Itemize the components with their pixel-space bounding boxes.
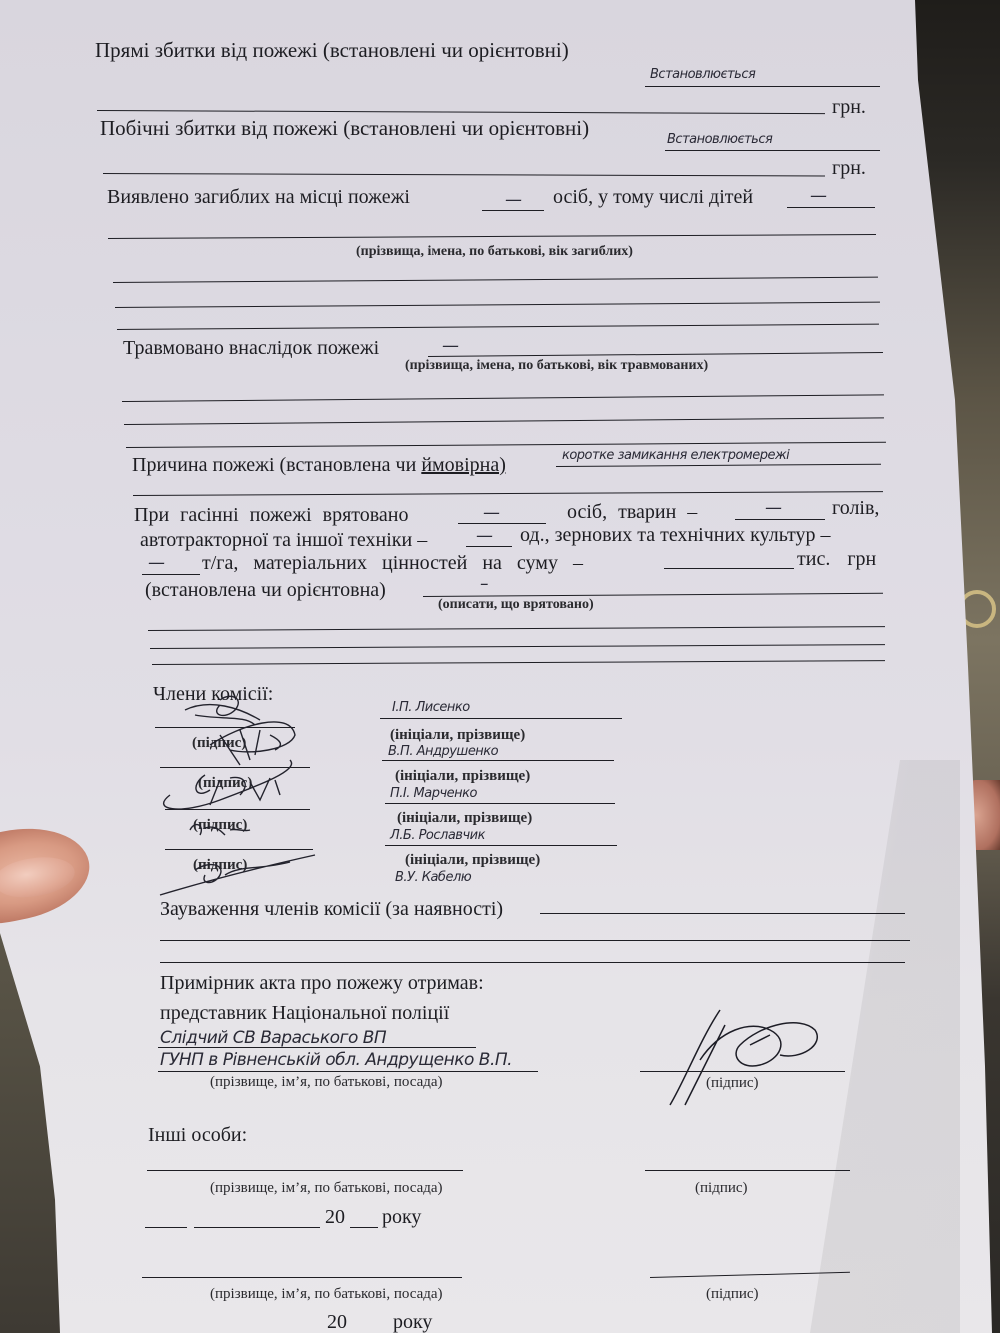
remarks-line-3	[160, 962, 905, 963]
remarks-label: Заувaження членів комісії (за наявності)	[160, 899, 503, 919]
rescued-p7: тис. грн	[797, 549, 876, 569]
rescued-line-2	[148, 626, 885, 631]
rescued-p1: При гасінні пожежі врятовано	[134, 505, 409, 525]
police-name-line	[158, 1047, 476, 1048]
direct-damage-label: Прямі збитки від пожежі (встановлені чи …	[95, 40, 569, 61]
rescued-crops-line	[142, 574, 200, 575]
other-1-signature-line	[645, 1170, 850, 1171]
other-1-month-line	[194, 1227, 320, 1228]
member-1-name-caption: (ініціали, прізвище)	[390, 727, 525, 744]
other-1-signature-caption: (підпис)	[695, 1180, 748, 1197]
deaths-line-4	[117, 324, 879, 330]
cause-label: Причина пожежі (встановлена чи ймовірна)	[132, 455, 506, 475]
rescued-line-3	[150, 644, 885, 649]
deaths-caption: (прізвища, імена, по батькові, вік загиб…	[356, 244, 633, 260]
member-4-name-caption: (ініціали, прізвище)	[405, 852, 540, 869]
other-1-year-line	[350, 1227, 378, 1228]
other-1-name-caption: (прізвище, ім’я, по батькові, посада)	[210, 1180, 443, 1197]
rescued-line-4	[152, 660, 885, 665]
rescued-p8: (встановлена чи орієнтовна)	[145, 580, 386, 600]
rescued-estimate[interactable]: –	[480, 574, 488, 594]
injured-label: Травмовано внаслідок пожежі	[123, 338, 379, 358]
fire-act-form: Прямі збитки від пожежі (встановлені чи …	[0, 0, 1000, 1333]
deaths-children-label: осіб, у тому числі дітей	[553, 187, 753, 207]
direct-damage-unit: грн.	[832, 97, 866, 117]
rescued-machinery[interactable]: —	[476, 526, 493, 546]
deaths-children[interactable]: —	[810, 186, 827, 206]
police-name-caption: (прізвище, ім’я, по батькові, посада)	[210, 1074, 443, 1091]
indirect-damage-line	[665, 150, 880, 151]
injured-line	[428, 352, 883, 357]
cause-line	[556, 464, 881, 467]
rescued-people[interactable]: —	[483, 503, 500, 523]
other-2-date-suffix: року	[393, 1312, 432, 1332]
rescued-p3: голів,	[832, 498, 879, 518]
other-2-year-prefix: 20	[327, 1312, 347, 1332]
injured-line-3	[124, 417, 884, 425]
indirect-damage-unit: грн.	[832, 158, 866, 178]
cause-line-2	[133, 491, 883, 496]
other-1-date-suffix: року	[382, 1207, 421, 1227]
rescued-p2: осіб, тварин –	[567, 502, 697, 522]
cause-value[interactable]: коротке замикання електромережі	[562, 448, 789, 463]
member-2-name-caption: (ініціали, прізвище)	[395, 768, 530, 785]
deaths-names-line	[108, 234, 876, 239]
police-name-line-1[interactable]: Слідчий СВ Вараського ВП	[160, 1028, 386, 1048]
other-2-name-caption: (прізвище, ім’я, по батькові, посада)	[210, 1286, 443, 1303]
copy-received-title: Примірник акта про пожежу отримав:	[160, 973, 484, 993]
police-name-line-2[interactable]: ГУНП в Рівненській обл. Андрущенко В.П.	[160, 1050, 512, 1070]
rescued-p6: т/га, матеріальних цінностей на суму –	[202, 553, 583, 573]
member-5-name[interactable]: В.У. Кабелю	[395, 870, 471, 885]
rescued-animals[interactable]: —	[765, 498, 782, 518]
member-4-name[interactable]: Л.Б. Рославчик	[390, 828, 485, 843]
rescued-animals-line	[735, 519, 825, 520]
commission-signatures-scribble	[150, 690, 320, 900]
member-3-name-line	[385, 803, 615, 804]
copy-received-subtitle: представник Національної поліції	[160, 1003, 449, 1023]
police-signature-scribble	[630, 1000, 850, 1110]
member-3-name-caption: (ініціали, прізвище)	[397, 810, 532, 827]
police-name-line-b	[158, 1071, 538, 1072]
injured-value[interactable]: —	[442, 336, 459, 356]
rescued-crops[interactable]: —	[148, 553, 165, 573]
direct-damage-line-2	[97, 110, 825, 114]
member-2-name-line	[382, 760, 614, 761]
deaths-count-line	[482, 210, 544, 211]
direct-damage-line	[645, 86, 880, 87]
children-line	[787, 207, 875, 208]
police-signature-caption: (підпис)	[706, 1075, 759, 1092]
other-2-signature-line	[650, 1272, 850, 1278]
other-1-name-line	[147, 1170, 463, 1171]
deaths-line-2	[113, 277, 878, 283]
injured-line-2	[122, 394, 884, 402]
member-2-name[interactable]: В.П. Андрушенко	[388, 744, 498, 759]
rescued-machinery-line	[466, 546, 512, 547]
direct-damage-value[interactable]: Встановлюється	[650, 67, 755, 82]
deaths-count[interactable]: —	[505, 190, 522, 210]
other-1-day-line	[145, 1227, 187, 1228]
injured-caption: (прізвища, імена, по батькові, вік травм…	[405, 358, 708, 374]
rescued-p4: автотракторної та іншої техніки –	[140, 530, 427, 550]
police-signature-line	[640, 1071, 845, 1072]
rescued-p5: од., зернових та технічних культур –	[520, 525, 831, 545]
indirect-damage-label: Побічні збитки від пожежі (встановлені ч…	[100, 118, 589, 139]
rescued-valuables-line	[664, 568, 794, 569]
others-title: Інші особи:	[148, 1125, 247, 1145]
cause-label-probable: ймовірна)	[421, 454, 506, 476]
rescued-caption: (описати, що врятовано)	[438, 597, 594, 613]
indirect-damage-line-2	[103, 173, 825, 177]
member-1-name-line	[380, 718, 622, 719]
member-1-name[interactable]: І.П. Лисенко	[392, 700, 470, 715]
cause-label-text: Причина пожежі (встановлена чи	[132, 454, 416, 476]
remarks-line	[540, 913, 905, 914]
indirect-damage-value[interactable]: Встановлюється	[667, 132, 772, 147]
other-2-name-line	[142, 1277, 462, 1278]
member-3-name[interactable]: П.І. Марченко	[390, 786, 477, 801]
other-1-year-prefix: 20	[325, 1207, 345, 1227]
deaths-label: Виявлено загиблих на місці пожежі	[107, 187, 410, 207]
remarks-line-2	[160, 940, 910, 941]
other-2-signature-caption: (підпис)	[706, 1286, 759, 1303]
deaths-line-3	[115, 302, 880, 308]
member-4-name-line	[385, 845, 617, 846]
